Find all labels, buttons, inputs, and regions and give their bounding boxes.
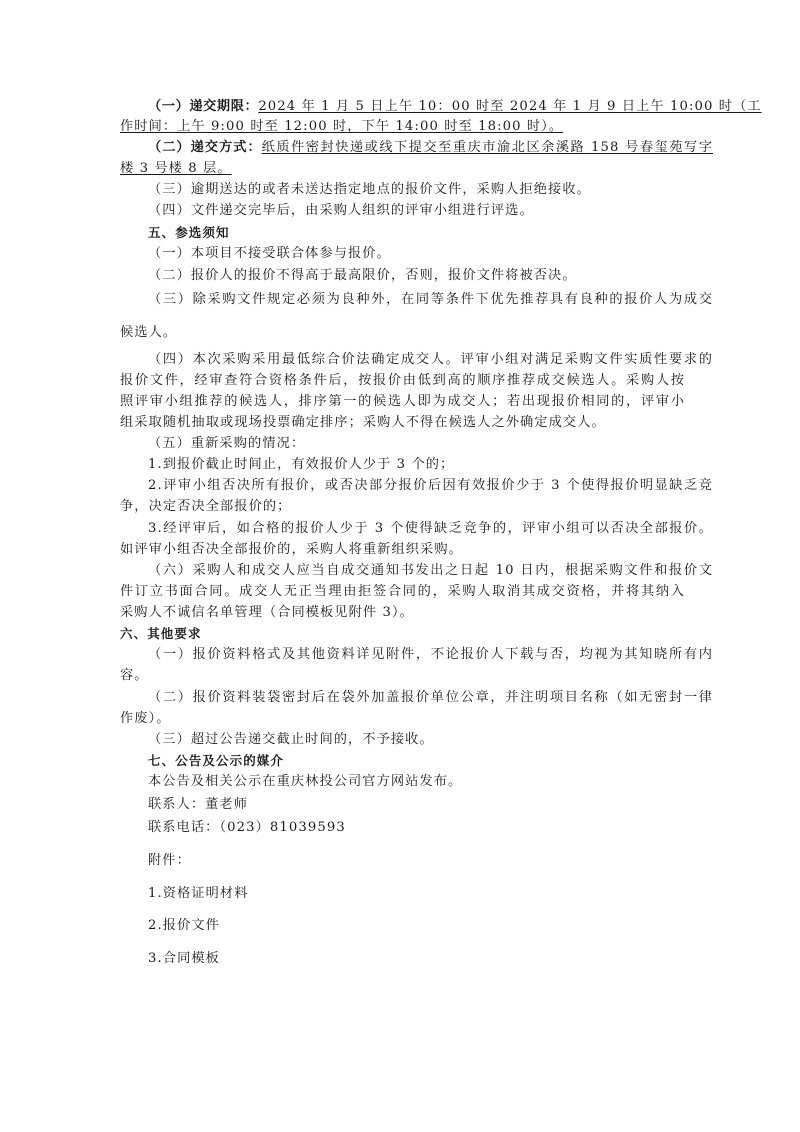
re-procurement-case3-line1: 3.经评审后，如合格的报价人少于 3 个使得缺乏竞争的，评审小组可以否决全部报价… — [148, 519, 713, 538]
lowest-price-rule-line3: 照评审小组推荐的候选人，排序第一的候选人即为成交人；若出现报价相同的，评审小 — [120, 392, 685, 411]
lowest-price-rule-line4: 组采取随机抽取或现场投票确定排序；采购人不得在候选人之外确定成交人。 — [120, 413, 685, 432]
delivery-deadline-label: （一）递交期限： — [148, 99, 258, 114]
sealing-rule-line2: 作废）。 — [120, 709, 685, 728]
delivery-deadline-value: 2024 年 1 月 5 日上午 10：00 时至 2024 年 1 月 9 日… — [258, 99, 761, 114]
lowest-price-rule-line2: 报价文件，经审查符合资格条件后，按报价由低到高的顺序推荐成交候选人。采购人按 — [120, 371, 685, 390]
late-submission-rule: （三）超过公告递交截止时间的，不予接收。 — [148, 730, 713, 749]
contract-rule-line2: 件订立书面合同。成交人无正当理由拒签合同的，采购人取消其成交资格，并将其纳入 — [120, 582, 685, 601]
re-procurement-case1: 1.到报价截止时间止，有效报价人少于 3 个的； — [148, 455, 713, 474]
publish-statement: 本公告及相关公示在重庆林投公司官方网站发布。 — [148, 772, 713, 791]
contact-person: 联系人：董老师 — [148, 795, 713, 814]
late-delivery-rule: （三）逾期送达的或者未送达指定地点的报价文件，采购人拒绝接收。 — [148, 180, 713, 199]
section6-heading: 六、其他要求 — [120, 624, 685, 643]
format-rule-line2: 容。 — [120, 666, 685, 685]
delivery-method-line1: （二）递交方式：纸质件密封快递或线下提交至重庆市渝北区余溪路 158 号春玺苑写… — [148, 138, 713, 157]
format-rule-line1: （一）报价资料格式及其他资料详见附件，不论报价人下载与否，均视为其知晓所有内 — [148, 645, 713, 664]
delivery-address-floor: 楼 3 号楼 8 层。 — [120, 161, 232, 176]
contact-phone: 联系电话：（023）81039593 — [148, 818, 713, 837]
delivery-method-label: （二）递交方式： — [148, 140, 262, 155]
sealing-rule-line1: （二）报价资料装袋密封后在袋外加盖报价单位公章，并注明项目名称（如无密封一律 — [148, 688, 713, 707]
lowest-price-rule-line1: （四）本次采购采用最低综合价法确定成交人。评审小组对满足采购文件实质性要求的 — [148, 350, 713, 369]
contract-rule-line3: 采购人不诚信名单管理（合同模板见附件 3）。 — [120, 603, 685, 622]
attachment-item: 3.合同模板 — [148, 949, 713, 968]
delivery-deadline-line2: 作时间：上午 9:00 时至 12:00 时，下午 14:00 时至 18:00… — [120, 117, 685, 136]
no-consortium-rule: （一）本项目不接受联合体参与报价。 — [148, 244, 713, 263]
re-procurement-case3-line2: 如评审小组否决全部报价的，采购人将重新组织采购。 — [120, 540, 685, 559]
document-page: （一）递交期限：2024 年 1 月 5 日上午 10：00 时至 2024 年… — [0, 0, 800, 1132]
section5-heading: 五、参选须知 — [148, 223, 713, 242]
attachment-item: 2.报价文件 — [148, 916, 713, 935]
section7-heading: 七、公告及公示的媒介 — [148, 751, 713, 770]
re-procurement-case2-line1: 2.评审小组否决所有报价，或否决部分报价后因有效报价少于 3 个使得报价明显缺乏… — [148, 476, 713, 495]
attachment-item: 1.资格证明材料 — [148, 884, 713, 903]
seed-priority-line1: （三）除采购文件规定必须为良种外，在同等条件下优先推荐具有良种的报价人为成交 — [148, 290, 713, 309]
re-procurement-title: （五）重新采购的情况： — [148, 434, 713, 453]
attachments-title: 附件： — [148, 851, 713, 870]
delivery-method-line2: 楼 3 号楼 8 层。 — [120, 159, 685, 178]
re-procurement-case2-line2: 争，决定否决全部报价的； — [120, 497, 685, 516]
delivery-deadline-line1: （一）递交期限：2024 年 1 月 5 日上午 10：00 时至 2024 年… — [148, 97, 713, 116]
seed-priority-line2: 候选人。 — [120, 323, 685, 342]
price-cap-rule: （二）报价人的报价不得高于最高限价，否则，报价文件将被否决。 — [148, 266, 713, 285]
contract-rule-line1: （六）采购人和成交人应当自成交通知书发出之日起 10 日内，根据采购文件和报价文 — [148, 561, 713, 580]
delivery-method-value: 纸质件密封快递或线下提交至重庆市渝北区余溪路 158 号春玺苑写字 — [262, 140, 713, 155]
evaluation-rule: （四）文件递交完毕后，由采购人组织的评审小组进行评选。 — [148, 201, 713, 220]
delivery-deadline-hours: 作时间：上午 9:00 时至 12:00 时，下午 14:00 时至 18:00… — [120, 119, 563, 134]
